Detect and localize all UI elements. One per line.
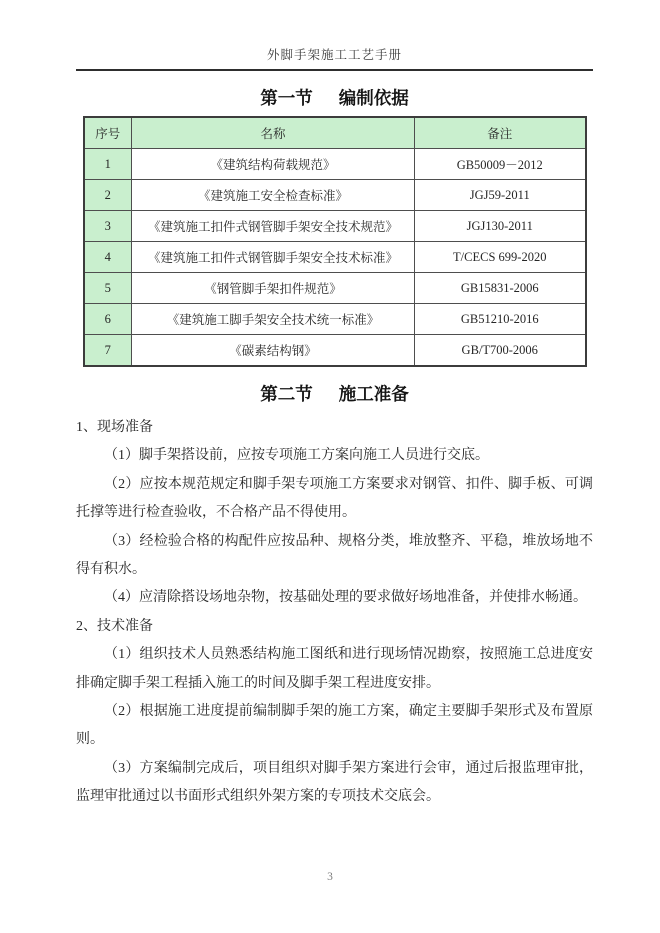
remark-cell: GB/T700-2006: [415, 335, 586, 367]
running-header-title: 外脚手架施工工艺手册: [267, 48, 402, 62]
serial-cell: 6: [84, 304, 132, 335]
serial-cell: 2: [84, 180, 132, 211]
name-cell: 《建筑施工扣件式钢管脚手架安全技术标准》: [132, 242, 415, 273]
column-header-name: 名称: [132, 117, 415, 149]
paragraph: （1）组织技术人员熟悉结构施工图纸和进行现场情况勘察，按照施工总进度安排确定脚手…: [76, 641, 593, 698]
reference-standards-table: 序号 名称 备注 1 《建筑结构荷载规范》 GB50009－2012 2 《建筑…: [83, 116, 587, 367]
section1-number: 第一节: [260, 88, 313, 108]
remark-cell: JGJ59-2011: [415, 180, 586, 211]
table-row: 2 《建筑施工安全检查标准》 JGJ59-2011: [84, 180, 586, 211]
table-row: 1 《建筑结构荷载规范》 GB50009－2012: [84, 149, 586, 180]
section2-name: 施工准备: [339, 384, 409, 404]
name-cell: 《建筑施工安全检查标准》: [132, 180, 415, 211]
name-cell: 《碳素结构钢》: [132, 335, 415, 367]
name-cell: 《钢管脚手架扣件规范》: [132, 273, 415, 304]
remark-cell: T/CECS 699-2020: [415, 242, 586, 273]
section2-number: 第二节: [260, 384, 313, 404]
running-header: 外脚手架施工工艺手册: [76, 46, 593, 71]
serial-cell: 3: [84, 211, 132, 242]
table-row: 4 《建筑施工扣件式钢管脚手架安全技术标准》 T/CECS 699-2020: [84, 242, 586, 273]
serial-cell: 1: [84, 149, 132, 180]
section1-name: 编制依据: [339, 88, 409, 108]
name-cell: 《建筑施工扣件式钢管脚手架安全技术规范》: [132, 211, 415, 242]
paragraph: （3）经检验合格的构配件应按品种、规格分类，堆放整齐、平稳，堆放场地不得有积水。: [76, 528, 593, 585]
paragraph-site-prep-heading: 1、现场准备: [76, 414, 593, 442]
table-row: 5 《钢管脚手架扣件规范》 GB15831-2006: [84, 273, 586, 304]
serial-cell: 5: [84, 273, 132, 304]
paragraph: （2）根据施工进度提前编制脚手架的施工方案，确定主要脚手架形式及布置原则。: [76, 698, 593, 755]
remark-cell: JGJ130-2011: [415, 211, 586, 242]
remark-cell: GB51210-2016: [415, 304, 586, 335]
page-content: 外脚手架施工工艺手册 第一节编制依据 序号 名称 备注 1 《建筑结构荷载规范》…: [0, 46, 660, 812]
table-row: 3 《建筑施工扣件式钢管脚手架安全技术规范》 JGJ130-2011: [84, 211, 586, 242]
name-cell: 《建筑结构荷载规范》: [132, 149, 415, 180]
remark-cell: GB15831-2006: [415, 273, 586, 304]
paragraph: （1）脚手架搭设前，应按专项施工方案向施工人员进行交底。: [76, 442, 593, 470]
column-header-remark: 备注: [415, 117, 586, 149]
column-header-serial: 序号: [84, 117, 132, 149]
serial-cell: 4: [84, 242, 132, 273]
serial-cell: 7: [84, 335, 132, 367]
remark-cell: GB50009－2012: [415, 149, 586, 180]
name-cell: 《建筑施工脚手架安全技术统一标准》: [132, 304, 415, 335]
page-number: 3: [0, 871, 660, 883]
table-row: 6 《建筑施工脚手架安全技术统一标准》 GB51210-2016: [84, 304, 586, 335]
body-text: 1、现场准备 （1）脚手架搭设前，应按专项施工方案向施工人员进行交底。 （2）应…: [76, 414, 593, 812]
paragraph: （3）方案编制完成后，项目组织对脚手架方案进行会审，通过后报监理审批，监理审批通…: [76, 755, 593, 812]
section1-title: 第一节编制依据: [76, 88, 593, 109]
table-row: 7 《碳素结构钢》 GB/T700-2006: [84, 335, 586, 367]
document-page: 外脚手架施工工艺手册 第一节编制依据 序号 名称 备注 1 《建筑结构荷载规范》…: [0, 0, 660, 933]
paragraph: （4）应清除搭设场地杂物，按基础处理的要求做好场地准备，并使排水畅通。: [76, 584, 593, 612]
table-header-row: 序号 名称 备注: [84, 117, 586, 149]
paragraph: （2）应按本规范规定和脚手架专项施工方案要求对钢管、扣件、脚手板、可调托撑等进行…: [76, 471, 593, 528]
paragraph-tech-prep-heading: 2、技术准备: [76, 613, 593, 641]
section2-title: 第二节施工准备: [76, 384, 593, 405]
